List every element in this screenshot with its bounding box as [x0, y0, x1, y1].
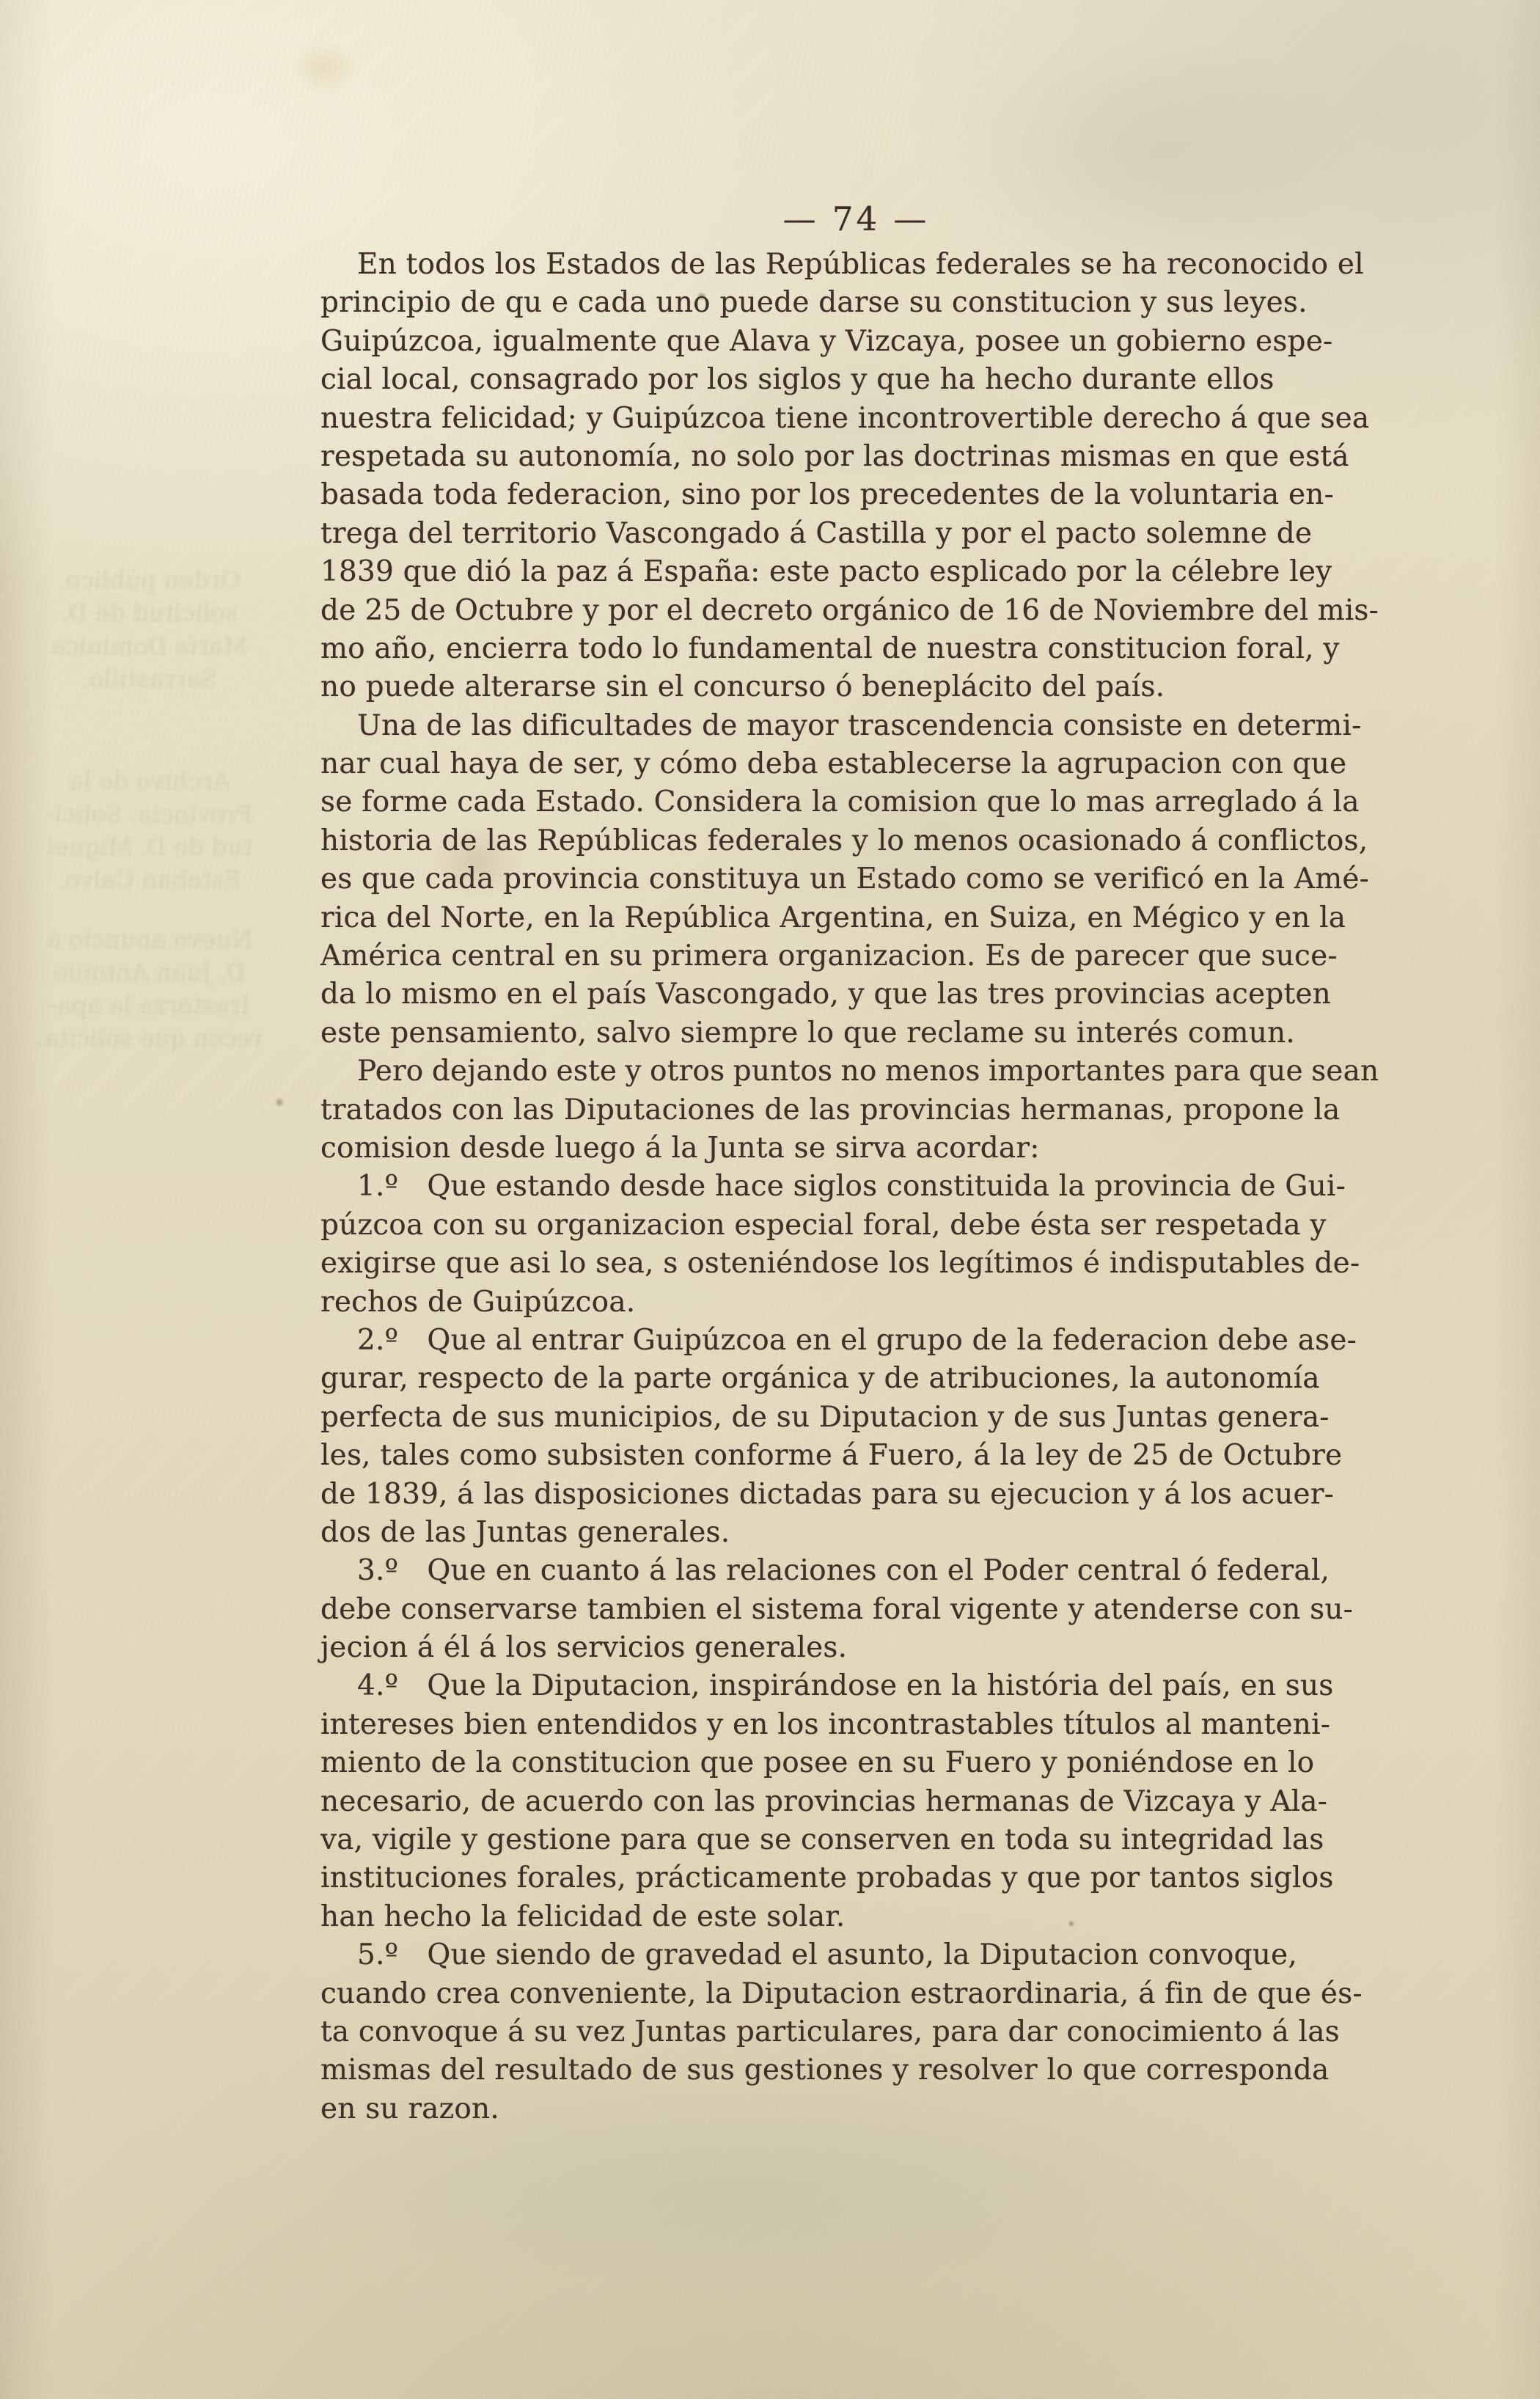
- ghost-line: D. Juan Antonio: [25, 956, 274, 989]
- text-line: trega del territorio Vascongado á Castil…: [320, 515, 1379, 553]
- text-line: miento de la constitucion que posee en s…: [320, 1744, 1379, 1782]
- text-line: 4.º Que la Diputacion, inspirándose en l…: [320, 1667, 1379, 1705]
- ink-speck: [274, 1097, 285, 1107]
- text-line: 3.º Que en cuanto á las relaciones con e…: [320, 1552, 1379, 1590]
- text-line: Pero dejando este y otros puntos no meno…: [320, 1052, 1379, 1091]
- text-line: púzcoa con su organizacion especial fora…: [320, 1206, 1379, 1245]
- text-line: es que cada provincia constituya un Esta…: [320, 860, 1379, 898]
- text-line: 1839 que dió la paz á España: este pacto…: [320, 553, 1379, 591]
- text-line: instituciones forales, prácticamente pro…: [320, 1859, 1379, 1897]
- text-line: En todos los Estados de las Repúblicas f…: [320, 246, 1379, 284]
- text-line: basada toda federacion, sino por los pre…: [320, 476, 1379, 514]
- text-line: Guipúzcoa, igualmente que Alava y Vizcay…: [320, 323, 1379, 361]
- scanned-book-page: Orden público.solicitud de D.María Domin…: [0, 0, 1540, 2399]
- ghost-line: María Dominica: [25, 629, 274, 662]
- text-line: mo año, encierra todo lo fundamental de …: [320, 630, 1379, 668]
- text-line: mismas del resultado de sus gestiones y …: [320, 2051, 1379, 2089]
- text-line: de 1839, á las disposiciones dictadas pa…: [320, 1476, 1379, 1514]
- text-line: 1.º Que estando desde hace siglos consti…: [320, 1168, 1379, 1206]
- text-line: va, vigile y gestione para que se conser…: [320, 1821, 1379, 1859]
- text-line: cial local, consagrado por los siglos y …: [320, 361, 1379, 399]
- text-line: respetada su autonomía, no solo por las …: [320, 438, 1379, 476]
- text-line: se forme cada Estado. Considera la comis…: [320, 783, 1379, 821]
- text-line: les, tales como subsisten conforme á Fue…: [320, 1437, 1379, 1475]
- text-line: cuando crea conveniente, la Diputacion e…: [320, 1975, 1379, 2013]
- text-line: 2.º Que al entrar Guipúzcoa en el grupo …: [320, 1322, 1379, 1360]
- text-line: de 25 de Octubre y por el decreto orgáni…: [320, 592, 1379, 630]
- text-line: tratados con las Diputaciones de las pro…: [320, 1091, 1379, 1129]
- ghost-line: Esteban Calvo.: [25, 863, 274, 896]
- text-line: intereses bien entendidos y en los incon…: [320, 1706, 1379, 1744]
- text-line: debe conservarse tambien el sistema fora…: [320, 1591, 1379, 1629]
- text-line: rica del Norte, en la República Argentin…: [320, 899, 1379, 937]
- text-line: da lo mismo en el país Vascongado, y que…: [320, 975, 1379, 1014]
- text-line: no puede alterarse sin el concurso ó ben…: [320, 668, 1379, 706]
- ghost-text-block: Archivo de laProvincia. Solici-tud de D.…: [25, 764, 274, 896]
- text-line: nar cual haya de ser, y cómo deba establ…: [320, 745, 1379, 783]
- text-line: historia de las Repúblicas federales y l…: [320, 822, 1379, 860]
- ghost-text-block: Nuevo anuncio áD. Juan AntonioIrastorza …: [25, 923, 274, 1055]
- text-line: han hecho la felicidad de este solar.: [320, 1898, 1379, 1936]
- ghost-line: Provincia. Solici-: [25, 797, 274, 830]
- ghost-line: Sarrastillo.: [25, 662, 274, 695]
- text-line: principio de qu e cada uno puede darse s…: [320, 284, 1379, 322]
- paper-stain: [290, 40, 359, 95]
- text-line: gurar, respecto de la parte orgánica y d…: [320, 1360, 1379, 1398]
- text-line: 5.º Que siendo de gravedad el asunto, la…: [320, 1936, 1379, 1974]
- text-line: exigirse que asi lo sea, s osteniéndose …: [320, 1245, 1379, 1283]
- ghost-line: recen que solicita.: [25, 1022, 274, 1055]
- ghost-line: Nuevo anuncio á: [25, 923, 274, 956]
- text-line: jecion á él á los servicios generales.: [320, 1629, 1379, 1667]
- text-line: necesario, de acuerdo con las provincias…: [320, 1783, 1379, 1821]
- text-line: dos de las Juntas generales.: [320, 1514, 1379, 1552]
- text-line: nuestra felicidad; y Guipúzcoa tiene inc…: [320, 400, 1379, 438]
- page-number: — 74 —: [320, 199, 1379, 238]
- ghost-line: Archivo de la: [25, 764, 274, 797]
- ghost-line: solicitud de D.: [25, 596, 274, 629]
- text-line: ta convoque á su vez Juntas particulares…: [320, 2013, 1379, 2051]
- text-line: comision desde luego á la Junta se sirva…: [320, 1129, 1379, 1168]
- text-line: rechos de Guipúzcoa.: [320, 1283, 1379, 1322]
- text-column: En todos los Estados de las Repúblicas f…: [320, 246, 1379, 2128]
- ghost-text-block: Orden público.solicitud de D.María Domin…: [25, 563, 274, 695]
- ghost-line: Irastorza la apa-: [25, 989, 274, 1022]
- text-line: Una de las dificultades de mayor trascen…: [320, 707, 1379, 745]
- text-line: América central en su primera organizaci…: [320, 937, 1379, 975]
- text-line: este pensamiento, salvo siempre lo que r…: [320, 1014, 1379, 1052]
- ghost-line: tud de D. Miguel: [25, 830, 274, 863]
- ghost-line: Orden público.: [25, 563, 274, 596]
- text-line: en su razon.: [320, 2090, 1379, 2128]
- text-line: perfecta de sus municipios, de su Diputa…: [320, 1399, 1379, 1437]
